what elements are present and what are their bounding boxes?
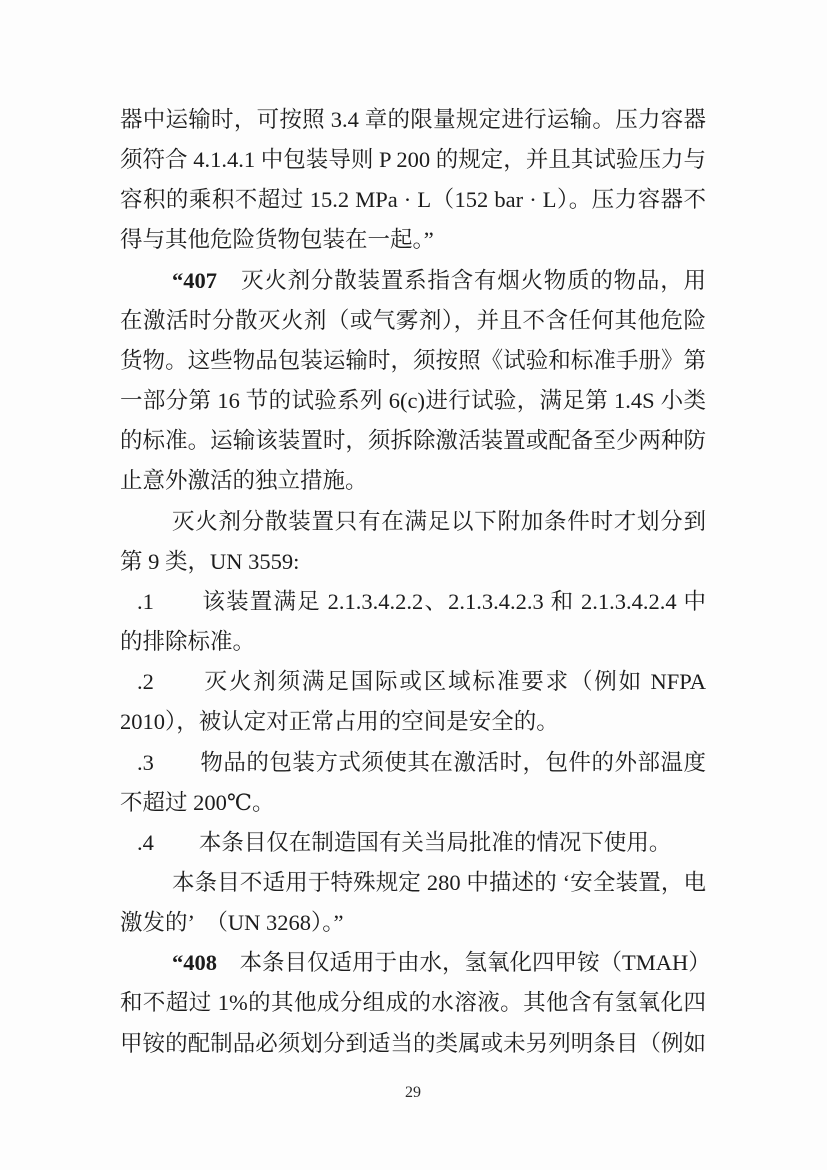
text-line: 2010），被认定对正常占用的空间是安全的。 <box>120 702 706 742</box>
text-line-sp407: “407 灭火剂分散装置系指含有烟火物质的物品，用于 <box>120 261 706 301</box>
list-item-4: .4 本条目仅在制造国有关当局批准的情况下使用。 <box>120 823 706 863</box>
text-line: 止意外激活的独立措施。 <box>120 461 706 501</box>
text-line: 货物。这些物品包装运输时，须按照《试验和标准手册》第 <box>120 341 706 381</box>
text-line: 本条目不适用于特殊规定 280 中描述的 ‘安全装置，电 <box>120 863 706 903</box>
text-line: 一部分第 16 节的试验系列 6(c)进行试验，满足第 1.4S 小类 <box>120 381 706 421</box>
special-provision-number-407: “407 <box>172 268 217 293</box>
text-line: 不超过 200℃。 <box>120 783 706 823</box>
special-provision-number-408: “408 <box>172 950 217 975</box>
text-line: 在激活时分散灭火剂（或气雾剂），并且不含任何其他危险 <box>120 301 706 341</box>
document-page: 器中运输时，可按照 3.4 章的限量规定进行运输。压力容器 须符合 4.1.4.… <box>0 0 827 1170</box>
page-number: 29 <box>120 1082 706 1104</box>
text-line-sp408: “408 本条目仅适用于由水，氢氧化四甲铵（TMAH） <box>120 943 706 983</box>
text-line: 的标准。运输该装置时，须拆除激活装置或配备至少两种防 <box>120 421 706 461</box>
text-line: 容积的乘积不超过 15.2 MPa · L（152 bar · L）。压力容器不 <box>120 180 706 220</box>
body-text: 器中运输时，可按照 3.4 章的限量规定进行运输。压力容器 须符合 4.1.4.… <box>120 100 706 1064</box>
text-line: 甲铵的配制品必须划分到适当的类属或未另列明条目（例如 <box>120 1024 706 1064</box>
text-line: 得与其他危险货物包装在一起。” <box>120 220 706 260</box>
list-item-1: .1 该装置满足 2.1.3.4.2.2、2.1.3.4.2.3 和 2.1.3… <box>120 582 706 622</box>
text-line: 和不超过 1%的其他成分组成的水溶液。其他含有氢氧化四 <box>120 983 706 1023</box>
text-line-rest: 本条目仅适用于由水，氢氧化四甲铵（TMAH） <box>217 950 706 975</box>
list-item-2: .2 灭火剂须满足国际或区域标准要求（例如 NFPA <box>120 662 706 702</box>
text-line: 的排除标准。 <box>120 622 706 662</box>
list-item-3: .3 物品的包装方式须使其在激活时，包件的外部温度 <box>120 743 706 783</box>
text-line: 灭火剂分散装置只有在满足以下附加条件时才划分到 <box>120 502 706 542</box>
text-line: 须符合 4.1.4.1 中包装导则 P 200 的规定，并且其试验压力与 <box>120 140 706 180</box>
text-line: 激发的’ （UN 3268）。” <box>120 903 706 943</box>
text-line: 第 9 类，UN 3559: <box>120 542 706 582</box>
text-line: 器中运输时，可按照 3.4 章的限量规定进行运输。压力容器 <box>120 100 706 140</box>
